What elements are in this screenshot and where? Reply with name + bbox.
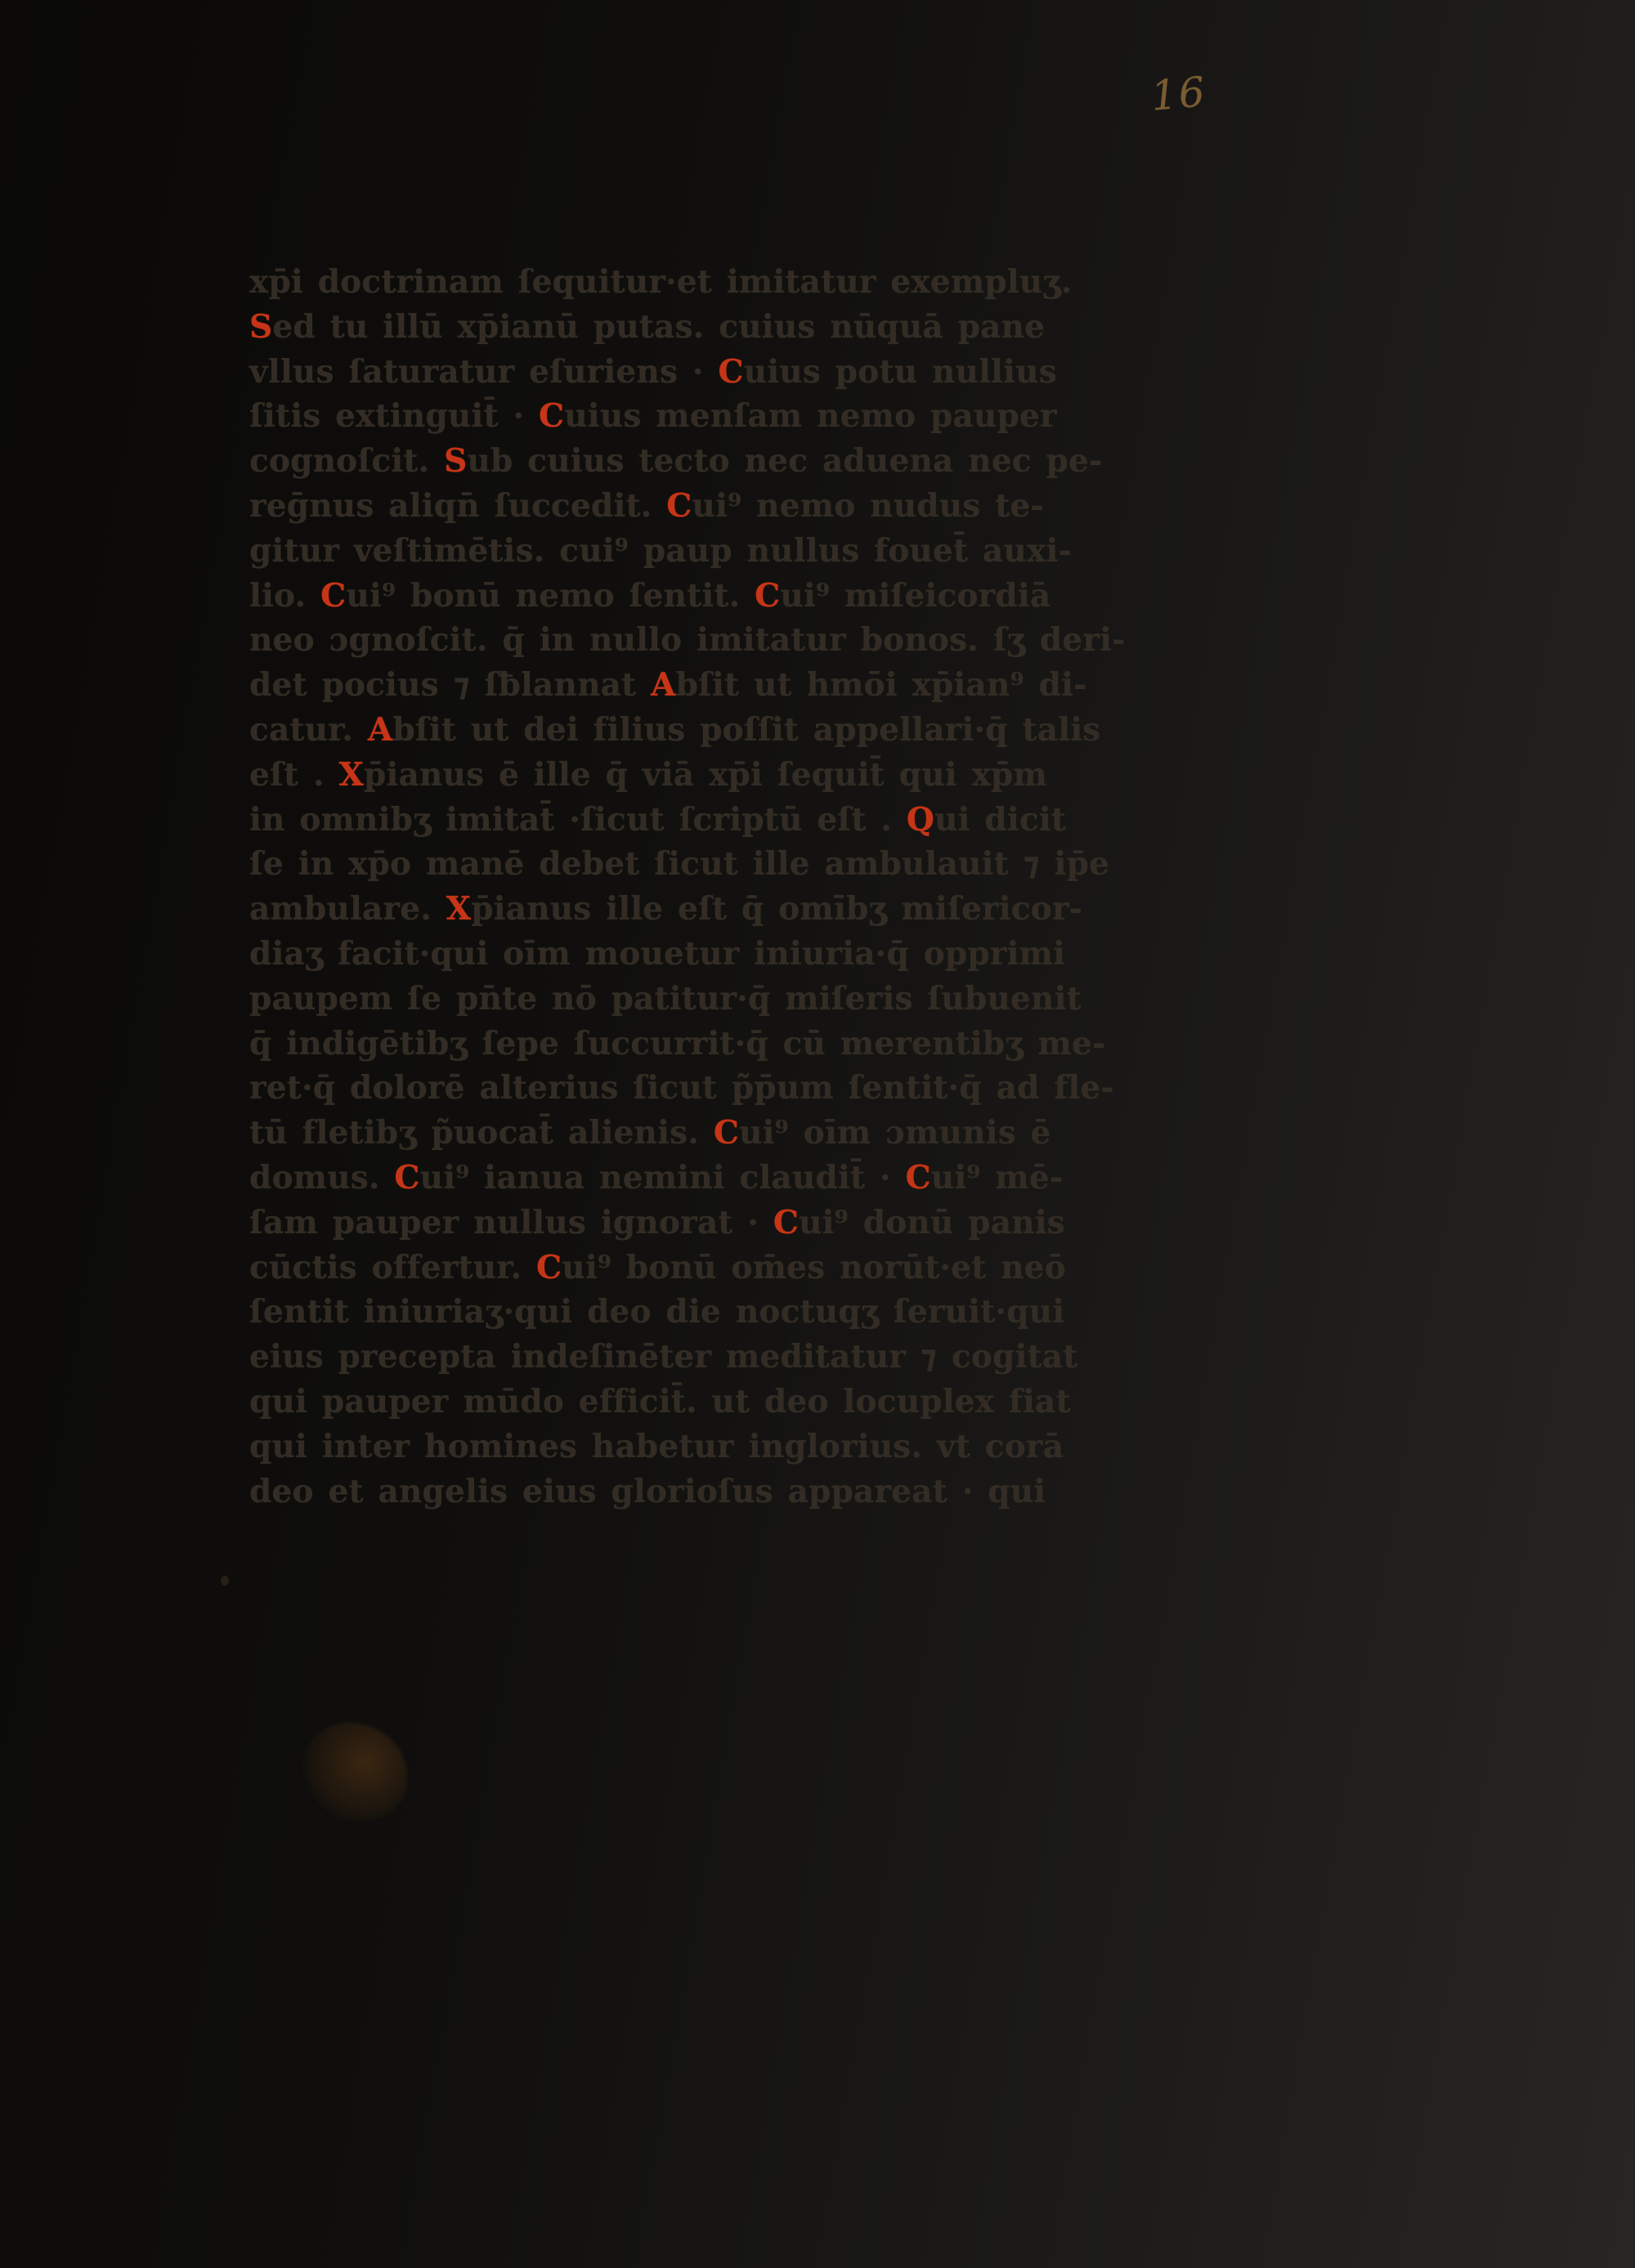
text-segment: hae- <box>0 183 74 219</box>
text-line: domus. Cui⁹ ianua nemini claudit̄ · Cui⁹… <box>249 1156 1050 1201</box>
text-line: ambulare. Xp̄ianus ille eſt q̄ omībʒ miſ… <box>249 887 1050 932</box>
text-segment: oſqʒ <box>0 318 71 354</box>
text-segment: uius potu nullius <box>744 353 1057 391</box>
text-segment: neo ɔgnoſcit. q̄ in nullo imitatur bonos… <box>249 621 1126 659</box>
text-segment: ʒ <box>0 766 17 802</box>
text-segment: ui⁹ donū panis <box>799 1204 1065 1241</box>
text-segment: deo et angelis eius glorioſus appareat ·… <box>249 1473 1046 1510</box>
text-line: det pocius ⁊ ſƀlannat Abſit ut hmōi xp̄i… <box>249 663 1050 708</box>
text-segment: ſe in xp̄o manē debet ſicut ille ambulau… <box>249 845 1109 883</box>
text-line: diaʒ facit·qui oīm mouetur iniuria·q̄ op… <box>249 932 1050 977</box>
rubricated-letter: C <box>666 487 692 525</box>
text-segment: reḡnus aliqn̄ ſuccedit. <box>249 487 666 525</box>
text-segment: ſam pauper nullus ignorat · <box>249 1204 773 1241</box>
text-segment: ⁊ <box>0 900 16 936</box>
text-segment: ui⁹ nemo nudus te- <box>692 487 1044 525</box>
text-segment: gari <box>0 4 68 40</box>
text-segment: t· <box>0 1124 25 1160</box>
rubricated-letter: E <box>11 94 34 130</box>
margin-fragment: r <box>0 941 87 986</box>
text-line: xp̄i doctrinam ſequitur·et imitatur exem… <box>249 260 1050 305</box>
text-segment: paupem ſe pn̄te nō patitur·q̄ miſeris ſu… <box>249 980 1082 1018</box>
margin-fragment: ʒ <box>0 806 87 851</box>
margin-fragment: o. <box>0 1075 87 1120</box>
rubricated-letter: Q <box>907 801 934 839</box>
folio-number: 16 <box>1149 68 1208 120</box>
text-segment: ambulare. <box>249 890 446 928</box>
text-line: ſe in xp̄o manē debet ſicut ille ambulau… <box>249 842 1050 887</box>
text-segment: bſit ut hmōi xp̄ian⁹ di- <box>676 666 1087 704</box>
text-segment: ʒ: <box>0 1169 29 1205</box>
text-segment: ui⁹ ianua nemini claudit̄ · <box>420 1159 906 1197</box>
text-segment: qʒ <box>0 452 38 488</box>
ink-speck <box>221 1576 229 1586</box>
rubricated-letter: C <box>773 1204 799 1241</box>
text-segment: mi <box>0 362 43 398</box>
text-segment: tū fletibʒ p̃uocat̄ alienis. <box>249 1114 714 1152</box>
rubricated-letter: C <box>320 577 346 615</box>
text-segment: lio. <box>249 577 320 615</box>
foxing-stain <box>301 1723 407 1821</box>
text-segment: domus. <box>249 1159 394 1197</box>
text-segment: uius menſam nemo pauper <box>564 397 1057 435</box>
text-segment: ʒ <box>0 1214 17 1250</box>
text-line: neo ɔgnoſcit. q̄ in nullo imitatur bonos… <box>249 618 1050 663</box>
text-segment: q̄ indigētibʒ ſepe ſuccurrit·q̄ cū meren… <box>249 1025 1105 1062</box>
text-segment: in omnibʒ imitat̄ ·ſicut ſcriptū eſt . <box>249 801 907 839</box>
text-line: gitur veſtimētis. cui⁹ paup nullus fouet… <box>249 529 1050 574</box>
text-segment: xp̄i doctrinam ſequitur·et imitatur exem… <box>249 263 1073 301</box>
text-segment: ui⁹ oīm ɔmunis ē <box>739 1114 1051 1152</box>
photo-stage: garidixit.·Etillahae-ſeci-Diſ-oſqʒmiritq… <box>0 0 1635 2268</box>
text-line: qui inter homines habetur inglorius. vt … <box>249 1425 1050 1470</box>
text-line: deo et angelis eius glorioſus appareat ·… <box>249 1470 1050 1514</box>
margin-fragment: is <box>0 627 87 672</box>
text-segment: p̄ianus ē ille q̄ viā xp̄i ſequit̄ qui x… <box>364 756 1047 794</box>
text-segment: ſeci- <box>0 228 74 264</box>
text-line: q̄ indigētibʒ ſepe ſuccurrit·q̄ cū meren… <box>249 1022 1050 1067</box>
margin-fragment: oſqʒ <box>0 314 87 359</box>
rubricated-letter: S <box>444 442 467 480</box>
text-segment: a- <box>0 855 32 891</box>
text-line: ret·q̄ dolorē alterius ſicut p̃p̄um ſent… <box>249 1066 1050 1111</box>
text-segment: det pocius ⁊ ſƀlannat <box>249 666 651 704</box>
text-segment: r <box>0 721 16 757</box>
text-segment: ur. <box>0 542 46 578</box>
text-segment: ʒ <box>0 810 17 846</box>
text-line: catur. Abſit ut dei filius poſſit appell… <box>249 708 1050 753</box>
text-segment: a- <box>0 497 32 533</box>
margin-fragment: dixit. <box>0 45 87 90</box>
text-line: eſt . Xp̄ianus ē ille q̄ viā xp̄i ſequit… <box>249 753 1050 798</box>
text-line: ſitis extinguit̄ · Cuius menſam nemo pau… <box>249 394 1050 439</box>
text-segment: ub cuius tecto nec aduena nec pe- <box>467 442 1102 480</box>
margin-fragment: ʒ <box>0 762 87 807</box>
margin-fragment: Diſ- <box>0 269 87 314</box>
rubricated-letter: C <box>755 577 780 615</box>
margin-fragment: qʒ <box>0 448 87 493</box>
text-segment: ui⁹ miſeicordiā <box>780 577 1050 615</box>
margin-fragment: r <box>0 717 87 762</box>
rubricated-letter: S <box>249 308 272 346</box>
text-line: qui pauper mūdo efficit̄. ut deo locuple… <box>249 1380 1050 1425</box>
text-segment: qui inter homines habetur inglorius. vt … <box>249 1428 1064 1465</box>
text-line: eius precepta indeſinēter meditatur ⁊ co… <box>249 1335 1050 1380</box>
text-segment: illa <box>0 138 54 174</box>
text-segment: gitur veſtimētis. cui⁹ paup nullus fouet… <box>249 532 1072 570</box>
rubricated-letter: C <box>539 397 564 435</box>
rubricated-letter: C <box>394 1159 419 1197</box>
rubricated-letter: C <box>536 1249 562 1286</box>
text-line: lio. Cui⁹ bonū nemo ſentit. Cui⁹ miſeico… <box>249 574 1050 619</box>
text-segment: a- <box>0 676 32 712</box>
text-segment: ret·q̄ dolorē alterius ſicut p̃p̄um ſent… <box>249 1069 1114 1107</box>
margin-fragment: a- <box>0 851 87 896</box>
text-segment: vllus ſaturatur eſuriens · <box>249 353 718 391</box>
rubricated-letter: C <box>718 353 743 391</box>
text-segment: t <box>34 94 47 130</box>
text-segment: is <box>0 631 29 667</box>
text-line: tū fletibʒ p̃uocat̄ alienis. Cui⁹ oīm ɔm… <box>249 1111 1050 1156</box>
text-line: ſentit iniuriaʒ·qui deo die noctuqʒ ſeru… <box>249 1290 1050 1335</box>
text-segment: diaʒ facit·qui oīm mouetur iniuria·q̄ op… <box>249 935 1065 973</box>
rubricated-letter: C <box>906 1159 931 1197</box>
margin-fragment: ʒ: <box>0 1165 87 1210</box>
text-segment: ui⁹ bonū om̄es norūt·et neō <box>562 1249 1066 1286</box>
text-line: Sed tu illū xp̄ianū putas. cuius nūquā p… <box>249 305 1050 350</box>
text-segment: s <box>0 990 17 1026</box>
text-segment: ui dicit <box>934 801 1066 839</box>
text-segment: dixit. <box>0 49 87 85</box>
text-line: ſam pauper nullus ignorat · Cui⁹ donū pa… <box>249 1201 1050 1246</box>
margin-fragment: mi <box>0 358 87 403</box>
rubricated-letter: D <box>0 273 26 309</box>
margin-fragment: gari <box>0 0 87 45</box>
text-segment: bſit ut dei filius poſſit appellari·q̄ t… <box>392 711 1100 749</box>
margin-fragment: illa <box>0 134 87 179</box>
margin-fragment: t· <box>0 1120 87 1165</box>
margin-fragment: ur. <box>0 538 87 583</box>
text-segment: cūctis offertur. <box>249 1249 536 1286</box>
text-segment: iſ- <box>26 273 63 309</box>
text-line: cognoſcit. Sub cuius tecto nec aduena ne… <box>249 439 1050 484</box>
rubricated-letter: A <box>651 666 675 704</box>
margin-fragment: ⁊ <box>0 896 87 941</box>
rubricated-letter: C <box>714 1114 739 1152</box>
left-page-fragments: garidixit.·Etillahae-ſeci-Diſ-oſqʒmiritq… <box>0 0 87 1254</box>
margin-fragment: a- <box>0 493 87 538</box>
text-segment: p̄ianus ille eſt q̄ omībʒ miſericor- <box>471 890 1082 928</box>
text-segment: qui pauper mūdo efficit̄. ut deo locuple… <box>249 1383 1071 1420</box>
text-segment: cognoſcit. <box>249 442 444 480</box>
margin-fragment: ſeci- <box>0 224 87 269</box>
text-segment: p̃i <box>0 1034 33 1070</box>
text-line: paupem ſe pn̄te nō patitur·q̄ miſeris ſu… <box>249 977 1050 1022</box>
text-segment: o. <box>0 1079 30 1115</box>
text-segment: ſentit iniuriaʒ·qui deo die noctuqʒ ſeru… <box>249 1293 1064 1331</box>
margin-fragment: ce- <box>0 582 87 627</box>
text-segment: ce- <box>0 586 50 622</box>
text-segment: catur. <box>249 711 368 749</box>
text-segment: rit <box>0 407 42 443</box>
margin-fragment: rit <box>0 403 87 448</box>
text-segment: ui⁹ mē- <box>931 1159 1064 1197</box>
text-segment: ed tu illū xp̄ianū putas. cuius nūquā pa… <box>272 308 1045 346</box>
text-line: vllus ſaturatur eſuriens · Cuius potu nu… <box>249 350 1050 395</box>
rubricated-letter: X <box>339 756 364 794</box>
text-line: in omnibʒ imitat̄ ·ſicut ſcriptū eſt . Q… <box>249 798 1050 843</box>
margin-fragment: a- <box>0 672 87 717</box>
margin-fragment: ʒ <box>0 1210 87 1255</box>
margin-fragment: ·Et <box>0 90 87 135</box>
margin-fragment: p̃i <box>0 1030 87 1075</box>
margin-fragment: hae- <box>0 179 87 224</box>
text-segment: eſt . <box>249 756 339 794</box>
text-segment: · <box>0 94 11 130</box>
text-segment: ui⁹ bonū nemo ſentit. <box>346 577 755 615</box>
rubricated-letter: X <box>446 890 471 928</box>
margin-fragment: s <box>0 986 87 1031</box>
text-segment: eius precepta indeſinēter meditatur ⁊ co… <box>249 1338 1077 1376</box>
text-segment: ſitis extinguit̄ · <box>249 397 539 435</box>
rubricated-letter: A <box>368 711 392 749</box>
text-block: xp̄i doctrinam ſequitur·et imitatur exem… <box>249 260 1050 1514</box>
text-line: cūctis offertur. Cui⁹ bonū om̄es norūt·e… <box>249 1246 1050 1291</box>
text-segment: r <box>0 945 16 981</box>
text-line: reḡnus aliqn̄ ſuccedit. Cui⁹ nemo nudus … <box>249 484 1050 529</box>
